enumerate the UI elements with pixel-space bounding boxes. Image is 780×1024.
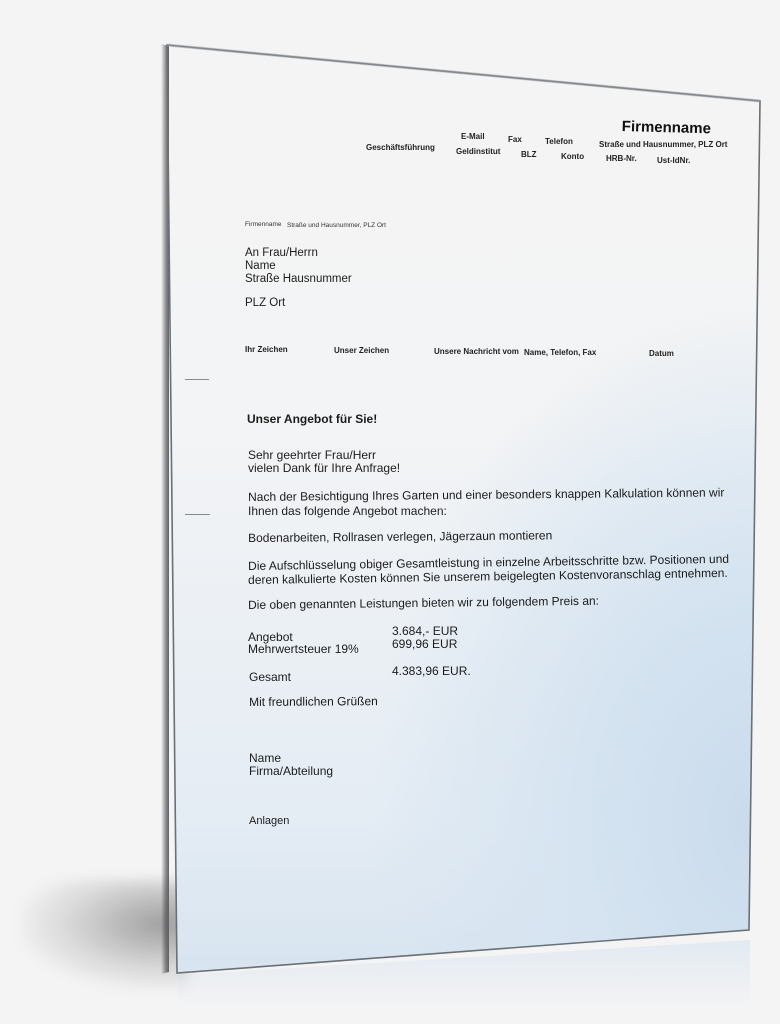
paragraph-1-line-2: Ihnen das folgende Angebot machen: bbox=[248, 504, 447, 518]
ref-our-ref: Unser Zeichen bbox=[334, 346, 389, 355]
services-line: Bodenarbeiten, Rollrasen verlegen, Jäger… bbox=[248, 528, 552, 545]
sender-address: Straße und Hausnummer, PLZ Ort bbox=[287, 222, 386, 229]
hrb-label: HRB-Nr. bbox=[606, 154, 637, 163]
price-label-vat: Mehrwertsteuer 19% bbox=[248, 642, 359, 656]
price-value-vat: 699,96 EUR bbox=[392, 637, 457, 651]
ref-date: Datum bbox=[649, 349, 674, 358]
price-label-total: Gesamt bbox=[249, 670, 291, 684]
closing-phrase: Mit freundlichen Grüßen bbox=[249, 694, 378, 709]
recipient-salutation: An Frau/Herrn bbox=[245, 247, 318, 259]
ref-your-ref: Ihr Zeichen bbox=[245, 345, 288, 354]
bank-label: Geldinstitut bbox=[456, 147, 500, 156]
phone-label: Telefon bbox=[545, 137, 573, 146]
document-preview-stage: Firmenname Geschäftsführung E-Mail Fax T… bbox=[0, 0, 780, 1024]
management-label: Geschäftsführung bbox=[366, 143, 435, 152]
greeting-line-2: vielen Dank für Ihre Anfrage! bbox=[248, 461, 400, 475]
signature-department: Firma/Abteilung bbox=[249, 764, 333, 778]
greeting-line-1: Sehr geehrter Frau/Herr bbox=[248, 448, 376, 462]
company-name: Firmenname bbox=[622, 118, 712, 137]
fold-mark-middle bbox=[185, 514, 210, 515]
ref-our-message: Unsere Nachricht vom bbox=[434, 347, 519, 356]
page-edge bbox=[161, 44, 169, 974]
price-value-offer: 3.684,- EUR bbox=[392, 624, 458, 638]
fax-label: Fax bbox=[508, 135, 522, 144]
blz-label: BLZ bbox=[521, 150, 537, 159]
recipient-street: Straße Hausnummer bbox=[245, 273, 352, 285]
fold-mark-top bbox=[185, 379, 209, 380]
letter-subject: Unser Angebot für Sie! bbox=[247, 412, 377, 426]
recipient-name: Name bbox=[245, 260, 276, 272]
signature-name: Name bbox=[249, 751, 281, 765]
sender-company: Firmenname bbox=[245, 221, 281, 228]
account-label: Konto bbox=[561, 152, 584, 161]
address-label: Straße und Hausnummer, PLZ Ort bbox=[599, 140, 727, 149]
attachments-label: Anlagen bbox=[249, 815, 289, 827]
ref-contact: Name, Telefon, Fax bbox=[524, 348, 596, 357]
vat-id-label: Ust-IdNr. bbox=[657, 156, 690, 165]
email-label: E-Mail bbox=[461, 132, 485, 141]
recipient-city: PLZ Ort bbox=[245, 297, 285, 309]
price-value-total: 4.383,96 EUR. bbox=[392, 664, 471, 678]
